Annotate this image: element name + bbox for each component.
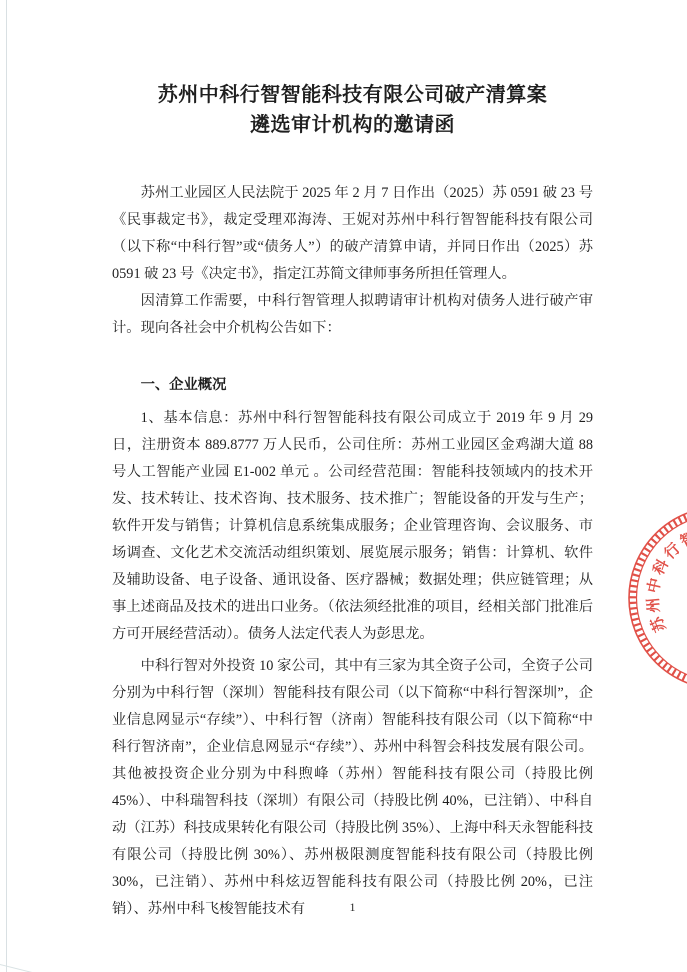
section-paragraph-investments: 中科行智对外投资 10 家公司，其中有三家为其全资子公司，全资子公司分别为中科行…: [112, 653, 593, 923]
document-title-line2: 遴选审计机构的邀请函: [250, 114, 455, 136]
seal-company-name-text: 苏州中科行智智能科技有限公司: [645, 521, 687, 634]
intro-paragraph-2: 因清算工作需要，中科行智管理人拟聘请审计机构对债务人进行破产审计。现向各社会中介…: [112, 288, 593, 342]
intro-paragraph-1: 苏州工业园区人民法院于 2025 年 2 月 7 日作出（2025）苏 0591…: [112, 180, 593, 288]
seal-serrated-edge: [633, 511, 687, 686]
scan-corner-artifact: [0, 963, 54, 972]
document-title-line1: 苏州中科行智智能科技有限公司破产清算案: [158, 84, 548, 106]
section-paragraph-basic-info: 1、基本信息：苏州中科行智智能科技有限公司成立于 2019 年 9 月 29 日…: [112, 405, 593, 648]
document-page: { "document": { "title_line1": "苏州中科行智智能…: [0, 0, 687, 972]
document-title: 苏州中科行智智能科技有限公司破产清算案 遴选审计机构的邀请函: [112, 80, 593, 140]
company-seal-stamp: 苏州中科行智智能科技有限公司: [600, 495, 687, 705]
scan-edge-artifact: [6, 0, 7, 972]
section-heading-company-overview: 一、企业概况: [112, 372, 593, 399]
svg-text:苏州中科行智智能科技有限公司: 苏州中科行智智能科技有限公司: [645, 521, 687, 634]
page-number: 1: [112, 900, 593, 915]
document-body: 苏州中科行智智能科技有限公司破产清算案 遴选审计机构的邀请函 苏州工业园区人民法…: [112, 80, 593, 928]
